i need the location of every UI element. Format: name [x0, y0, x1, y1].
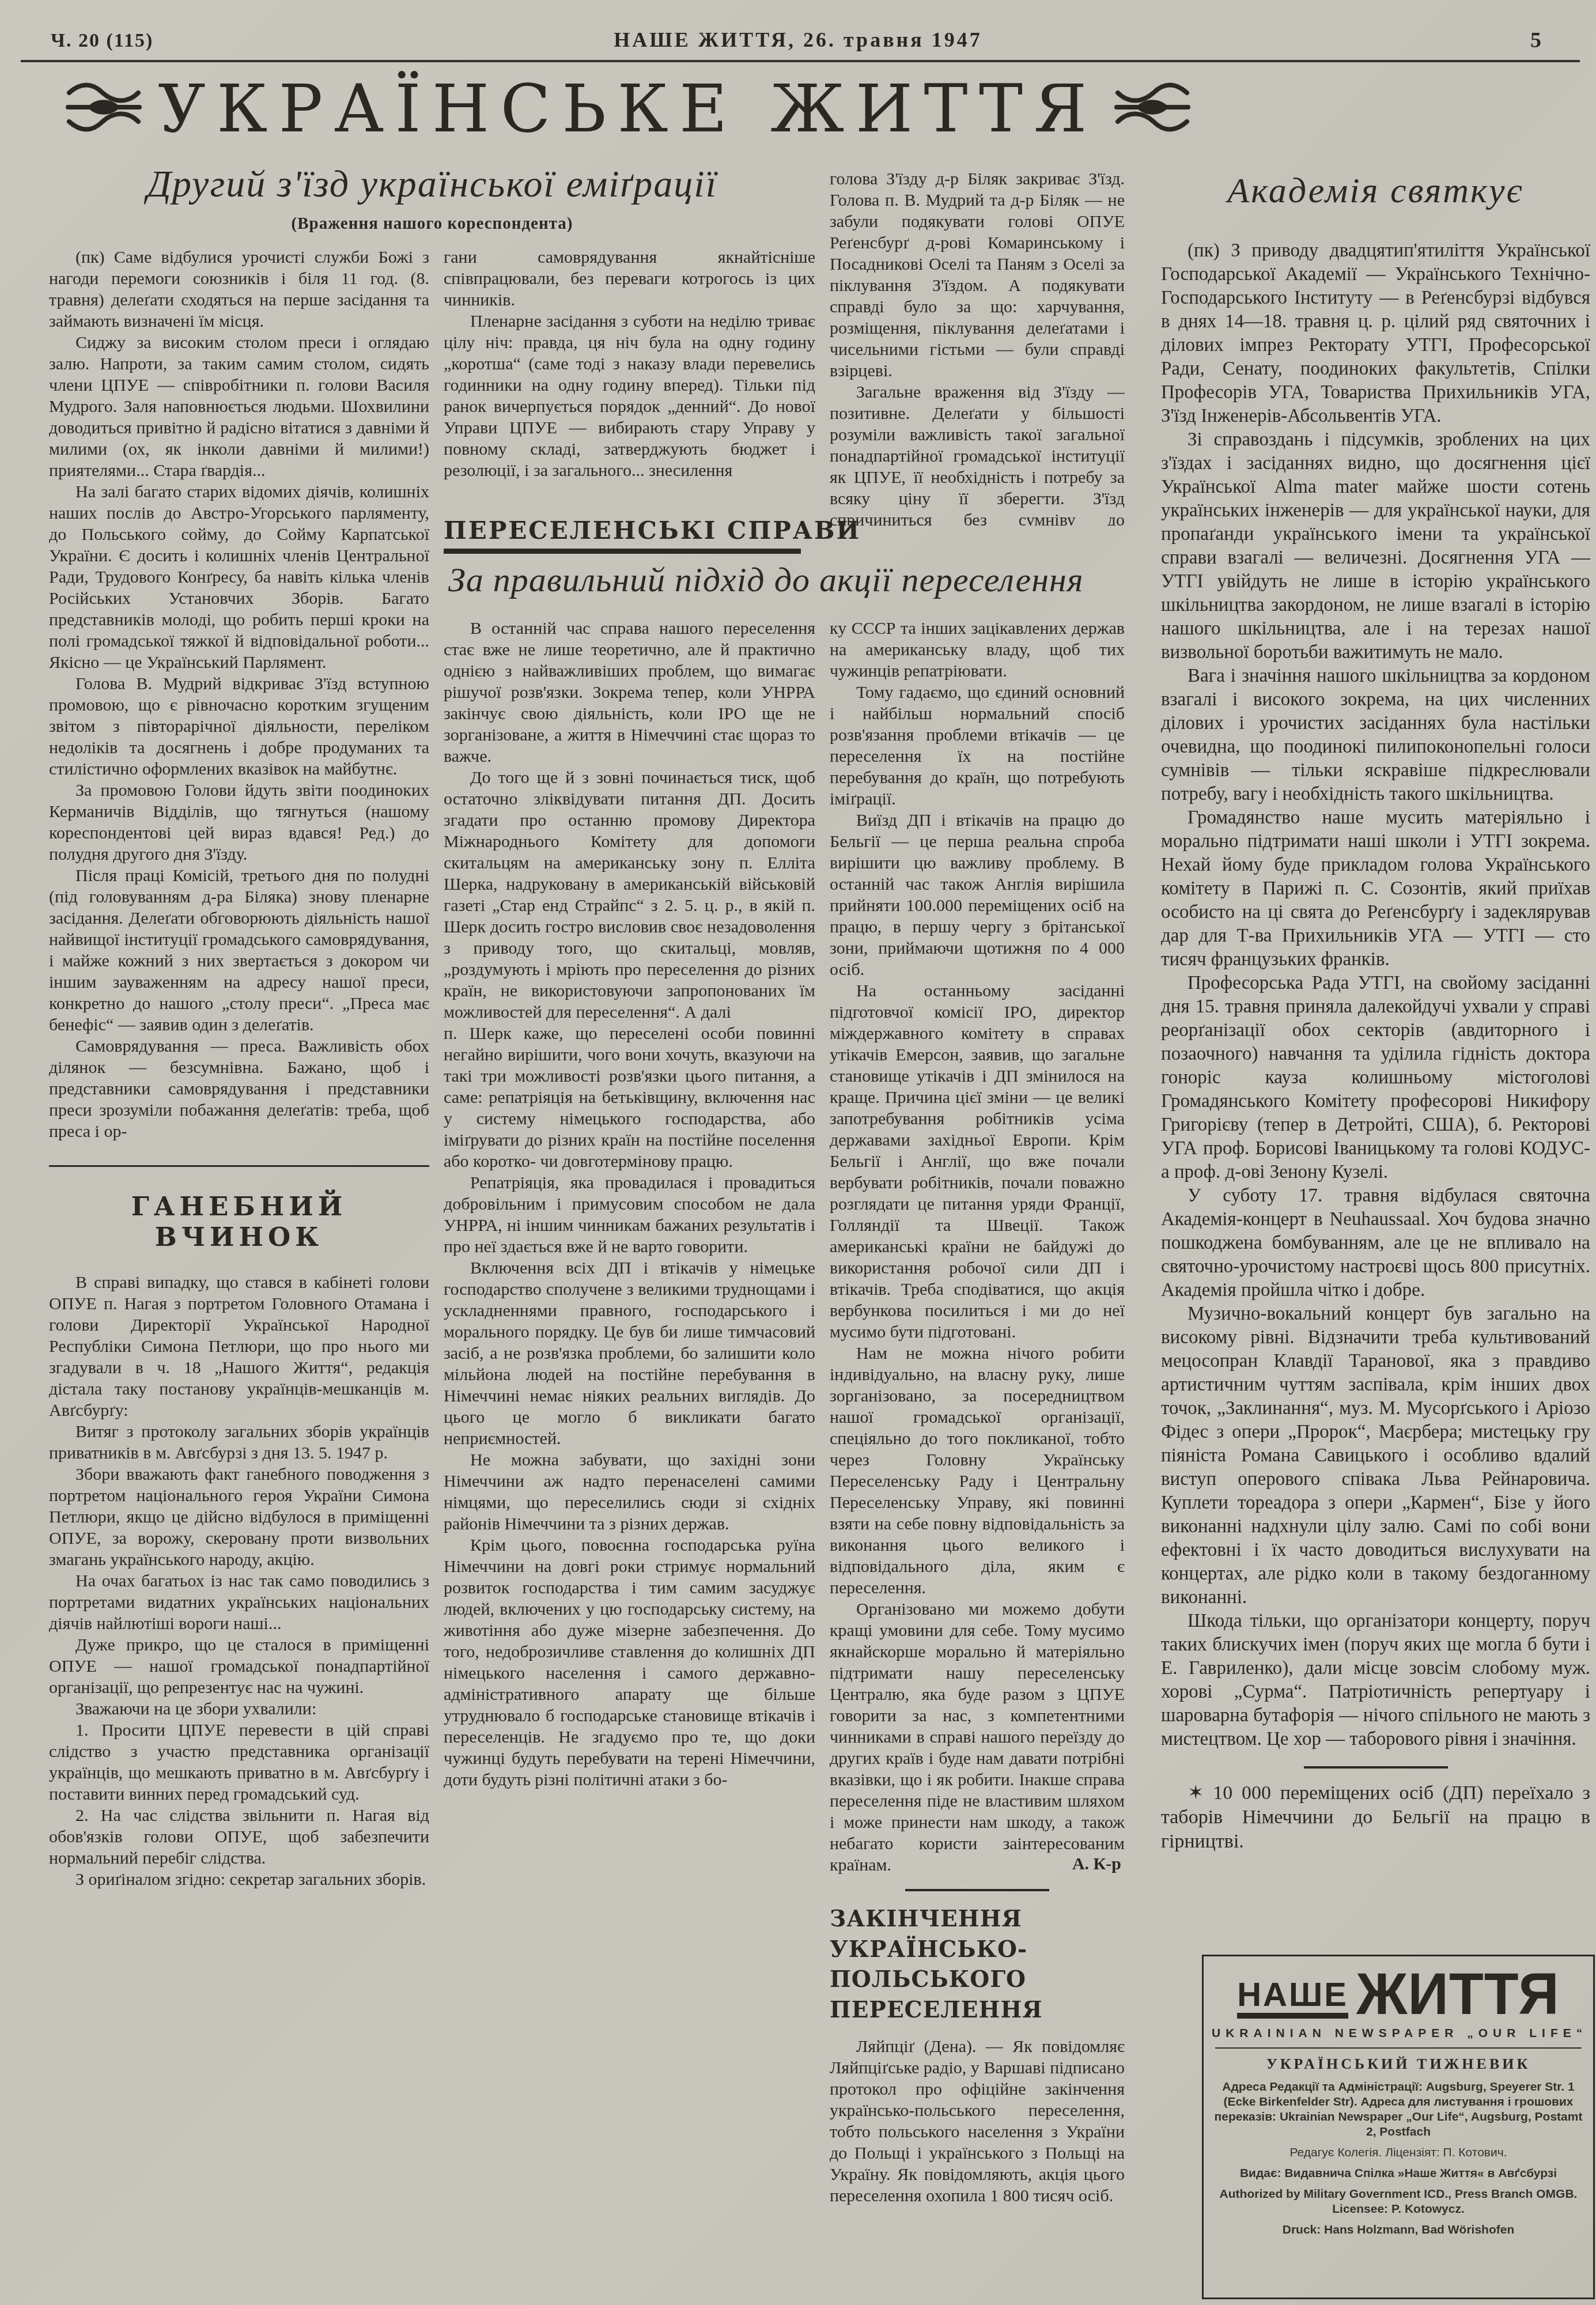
paragraph: У суботу 17. травня відбулася святочна А…	[1161, 1184, 1590, 1302]
kicker-underline-rule	[444, 549, 801, 554]
paragraph: Нам не можна нічого робити індивідуально…	[830, 1343, 1125, 1599]
paragraph: 2. На час слідства звільнити п. Нагая ві…	[49, 1805, 429, 1869]
column-2-main: В останній час справа нашого переселення…	[444, 618, 815, 1790]
paragraph: 1. Просити ЦПУЕ перевести в цій справі с…	[49, 1720, 429, 1805]
paragraph: Пленарне засідання з суботи на неділю тр…	[444, 311, 815, 481]
masthead-printer: Druck: Hans Holzmann, Bad Wörishofen	[1212, 2223, 1585, 2238]
paragraph: Дуже прикро, що це сталося в приміщенні …	[49, 1634, 429, 1698]
paragraph: Ляйпціґ (Дена). — Як повідомляє Ляйпціґс…	[830, 2036, 1125, 2206]
paragraph: Вага і значіння нашого шкільництва за ко…	[1161, 664, 1590, 806]
paragraph: Зі справоздань і підсумків, зроблених на…	[1161, 428, 1590, 664]
paragraph: Шкода тільки, що організатори концерту, …	[1161, 1609, 1590, 1751]
paragraph: В справі випадку, що стався в кабінеті г…	[49, 1272, 429, 1421]
paragraph: З ориґіналом згідно: секретар загальних …	[49, 1869, 429, 1890]
paragraph: Тому гадаємо, що єдиний основний і найбі…	[830, 682, 1125, 810]
column-3-top: голова З'їзду д-р Біляк закриває З'їзд. …	[830, 168, 1125, 526]
paragraph: Після праці Комісій, третього дня по пол…	[49, 865, 429, 1036]
paragraph: Професорська Рада УТГІ, на свойому засід…	[1161, 972, 1590, 1184]
divider-rule	[905, 1889, 1049, 1891]
paragraph: На останньому засіданні підготовчої комі…	[830, 980, 1125, 1343]
masthead-editor: Редагує Колегія. Ліцензіят: П. Котович.	[1212, 2145, 1585, 2160]
resettlement-headline: За правильний підхід до акції переселенн…	[448, 560, 1140, 600]
masthead-authorized: Authorized by Military Government ICD., …	[1212, 2187, 1585, 2217]
resettlement-text-col2: ку СССР та інших зацікавлених держав на …	[830, 618, 1125, 1876]
congress-text-col1: (пк) Саме відбулися урочисті служби Божі…	[49, 247, 429, 1142]
logo-nashe: НАШЕ	[1237, 1978, 1348, 2019]
paragraph: На залі багато старих відомих діячів, ко…	[49, 481, 429, 673]
masthead-rule	[1215, 2047, 1582, 2049]
paragraph: За промовою Голови йдуть звіти поодиноки…	[49, 780, 429, 865]
paragraph: п. Шерк каже, що переселені особи повинн…	[444, 1023, 815, 1172]
masthead-publisher: Видає: Видавнича Спілка »Наше Життя« в А…	[1212, 2166, 1585, 2181]
flourish-ornament-right-icon	[1112, 81, 1193, 136]
paragraph: ку СССР та інших зацікавлених держав на …	[830, 618, 1125, 682]
paragraph: Репатріяція, яка провадилася і провадить…	[444, 1172, 815, 1257]
weekly-label: УКРАЇНСЬКИЙ ТИЖНЕВИК	[1212, 2055, 1585, 2073]
paragraph: Сиджу за високим столом преси і оглядаю …	[49, 332, 429, 481]
masthead-address: Адреса Редакції та Адміністрації: Augsbu…	[1212, 2080, 1585, 2140]
paragraph: Громадянство наше мусить матеріяльно і м…	[1161, 806, 1590, 972]
paragraph: (пк) З приводу двадцятип'ятиліття Україн…	[1161, 239, 1590, 428]
resettlement-kicker: ПЕРЕСЕЛЕНСЬКІ СПРАВИ	[444, 516, 861, 545]
paragraph: Організовано ми можемо добути кращі умов…	[830, 1599, 1125, 1876]
congress-text-col3: голова З'їзду д-р Біляк закриває З'їзд. …	[830, 168, 1125, 526]
paragraph: Включення всіх ДП і втікачів у німецьке …	[444, 1257, 815, 1449]
congress-text-col2: гани самоврядування якнайтісніше співпра…	[444, 247, 815, 481]
paragraph: гани самоврядування якнайтісніше співпра…	[444, 247, 815, 311]
column-3-main: ку СССР та інших зацікавлених держав на …	[830, 618, 1125, 2206]
congress-article-headline: Другий з'їзд української еміґрації	[49, 163, 815, 206]
paragraph: Виїзд ДП і втікачів на працю до Бельгії …	[830, 810, 1125, 980]
page-dateline: НАШЕ ЖИТТЯ, 26. травня 1947	[0, 28, 1596, 52]
resettlement-text-col1: В останній час справа нашого переселення…	[444, 618, 815, 1790]
paragraph: Голова В. Мудрий відкриває З'їзд вступно…	[49, 673, 429, 780]
logo-zhyttia: ЖИТТЯ	[1356, 1967, 1560, 2020]
shameful-act-text: В справі випадку, що стався в кабінеті г…	[49, 1272, 429, 1890]
paragraph: Витяг з протоколу загальних зборів украї…	[49, 1421, 429, 1464]
column-1: (пк) Саме відбулися урочисті служби Божі…	[49, 247, 429, 1890]
column-4: Академія святкує (пк) З приводу двадцяти…	[1161, 171, 1590, 1854]
academy-text: (пк) З приводу двадцятип'ятиліття Україн…	[1161, 239, 1590, 1751]
section-title-row: УКРАЇНСЬКЕ ЖИТТЯ	[63, 70, 1193, 147]
paragraph: До того ще й з зовні починається тиск, щ…	[444, 767, 815, 1023]
polish-resettlement-headline: ЗАКІНЧЕННЯ УКРАЇНСЬКО-ПОЛЬСЬКОГО ПЕРЕСЕЛ…	[830, 1904, 1125, 2026]
column-2-top: гани самоврядування якнайтісніше співпра…	[444, 247, 815, 517]
paragraph: ✶ 10 000 переміщених осіб (ДП) переїхало…	[1161, 1781, 1590, 1854]
paragraph: Збори вважають факт ганебного поводження…	[49, 1464, 429, 1570]
paragraph: голова З'їзду д-р Біляк закриває З'їзд. …	[830, 168, 1125, 381]
congress-article-subtitle: (Враження нашого кореспондента)	[49, 214, 815, 233]
paragraph: Не можна забувати, що західні зони Німеч…	[444, 1449, 815, 1535]
masthead-box: НАШЕ ЖИТТЯ UKRAINIAN NEWSPAPER „OUR LIFE…	[1202, 1955, 1595, 2299]
divider-rule	[49, 1165, 429, 1167]
paragraph: Самоврядування — преса. Важливість обох …	[49, 1036, 429, 1142]
page-number: 5	[1530, 28, 1541, 53]
paragraph: Загальне враження від З'їзду — позитивне…	[830, 381, 1125, 526]
paragraph: В останній час справа нашого переселення…	[444, 618, 815, 767]
polish-resettlement-text: Ляйпціґ (Дена). — Як повідомляє Ляйпціґс…	[830, 2036, 1125, 2206]
paragraph: Крім цього, повоєнна господарська руїна …	[444, 1535, 815, 1790]
academy-headline: Академія святкує	[1161, 171, 1590, 211]
paragraph: Музично-вокальний концерт був загально н…	[1161, 1302, 1590, 1609]
newspaper-page: Ч. 20 (115) НАШЕ ЖИТТЯ, 26. травня 1947 …	[0, 0, 1596, 2305]
paragraph: (пк) Саме відбулися урочисті служби Божі…	[49, 247, 429, 332]
shameful-act-headline: ГАНЕБНИЙ ВЧИНОК	[49, 1191, 429, 1252]
paragraph: На очах багатьох із нас так само поводил…	[49, 1570, 429, 1634]
header-rule	[21, 60, 1580, 62]
paragraph: Зважаючи на це збори ухвалили:	[49, 1698, 429, 1720]
page-section-title: УКРАЇНСЬКЕ ЖИТТЯ	[158, 70, 1098, 147]
miners-note: ✶ 10 000 переміщених осіб (ДП) переїхало…	[1161, 1781, 1590, 1854]
newspaper-logo: НАШЕ ЖИТТЯ	[1212, 1968, 1585, 2019]
divider-rule	[1304, 1766, 1448, 1769]
flourish-ornament-left-icon	[63, 81, 144, 136]
logo-subtitle-en: UKRAINIAN NEWSPAPER „OUR LIFE“	[1212, 2027, 1585, 2041]
